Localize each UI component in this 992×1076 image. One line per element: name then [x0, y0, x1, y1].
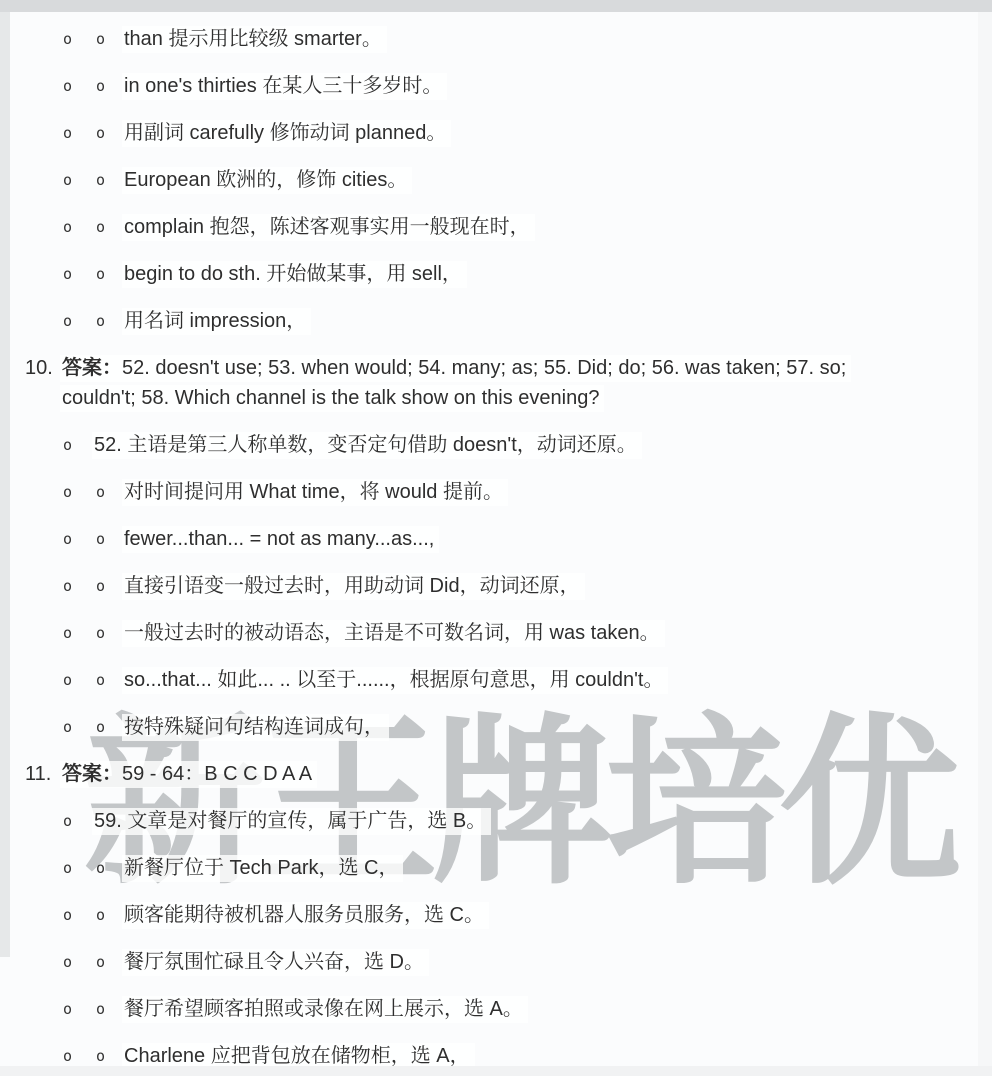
- item-text: 餐厅希望顾客拍照或录像在网上展示，选 A。: [122, 996, 528, 1023]
- bullet-icon: o: [63, 950, 72, 974]
- item-text: 52. 主语是第三人称单数，变否定句借助 doesn't，动词还原。: [92, 432, 642, 459]
- explanation-list-item: oobegin to do sth. 开始做某事，用 sell，: [63, 259, 992, 289]
- answer-label: 答案：: [62, 357, 122, 379]
- bullet-icon: o: [63, 215, 72, 239]
- bullet-icon: o: [96, 856, 105, 880]
- item-number: 11.: [25, 759, 51, 789]
- item-text: 对时间提问用 What time，将 would 提前。: [122, 479, 508, 506]
- item-text: begin to do sth. 开始做某事，用 sell，: [122, 261, 467, 288]
- bullet-icon: o: [63, 480, 72, 504]
- bullet-icon: o: [63, 433, 72, 457]
- bullet-icon: o: [96, 997, 105, 1021]
- explanation-list-item: oo用副词 carefully 修饰动词 planned。: [63, 118, 992, 148]
- bullet-icon: o: [63, 668, 72, 692]
- item-text: 直接引语变一般过去时，用助动词 Did，动词还原，: [122, 573, 585, 600]
- bullet-icon: o: [63, 574, 72, 598]
- explanation-list-item: oofewer...than... = not as many...as...,: [63, 524, 992, 554]
- page-edge-right: [978, 12, 992, 1066]
- bullet-icon: o: [63, 715, 72, 739]
- bullet-icon: o: [63, 168, 72, 192]
- explanation-list-item: oo餐厅氛围忙碌且令人兴奋，选 D。: [63, 947, 992, 977]
- page-edge-top: [0, 0, 992, 12]
- bullet-icon: o: [63, 27, 72, 51]
- page-edge-left: [0, 12, 10, 957]
- bullet-icon: o: [63, 74, 72, 98]
- bullet-icon: o: [63, 903, 72, 927]
- answer-text: 59 - 64：B C C D A A: [122, 763, 312, 785]
- item-text: 用名词 impression，: [122, 308, 311, 335]
- explanation-list-item: ooEuropean 欧洲的，修饰 cities。: [63, 165, 992, 195]
- bullet-icon: o: [63, 856, 72, 880]
- explanation-list-item: oo一般过去时的被动语态，主语是不可数名词，用 was taken。: [63, 618, 992, 648]
- explanation-list-item: oo用名词 impression，: [63, 306, 992, 336]
- bullet-icon: o: [96, 668, 105, 692]
- numbered-answer-item: 10.答案：52. doesn't use; 53. when would; 5…: [25, 353, 915, 413]
- bullet-icon: o: [96, 262, 105, 286]
- item-text: 一般过去时的被动语态，主语是不可数名词，用 was taken。: [122, 620, 665, 647]
- item-number: 10.: [25, 353, 53, 383]
- bullet-icon: o: [96, 903, 105, 927]
- numbered-answer-item: 11.答案：59 - 64：B C C D A A: [25, 759, 915, 789]
- item-text: 用副词 carefully 修饰动词 planned。: [122, 120, 451, 147]
- bullet-icon: o: [63, 621, 72, 645]
- bullet-icon: o: [63, 997, 72, 1021]
- bullet-icon: o: [96, 950, 105, 974]
- item-text: 餐厅氛围忙碌且令人兴奋，选 D。: [122, 949, 429, 976]
- answer-list: oothan 提示用比较级 smarter。ooin one's thirtie…: [0, 0, 992, 1071]
- item-text: 答案：59 - 64：B C C D A A: [60, 761, 317, 788]
- bullet-icon: o: [96, 621, 105, 645]
- item-text: 答案：52. doesn't use; 53. when would; 54. …: [60, 355, 851, 412]
- item-text: 新餐厅位于 Tech Park，选 C，: [122, 855, 403, 882]
- explanation-list-item: oo按特殊疑问句结构连词成句，: [63, 712, 992, 742]
- item-text: European 欧洲的，修饰 cities。: [122, 167, 412, 194]
- bullet-icon: o: [63, 809, 72, 833]
- explanation-list-item: oo新餐厅位于 Tech Park，选 C，: [63, 853, 992, 883]
- explanation-list-item: ooso...that... 如此... .. 以至于......，根据原句意思…: [63, 665, 992, 695]
- bullet-icon: o: [96, 74, 105, 98]
- bullet-icon: o: [96, 215, 105, 239]
- bullet-icon: o: [96, 309, 105, 333]
- explanation-list-item: oothan 提示用比较级 smarter。: [63, 24, 992, 54]
- bullet-icon: o: [96, 121, 105, 145]
- bullet-icon: o: [63, 527, 72, 551]
- bullet-icon: o: [96, 480, 105, 504]
- bullet-icon: o: [63, 121, 72, 145]
- item-text: 顾客能期待被机器人服务员服务，选 C。: [122, 902, 489, 929]
- explanation-list-item: oo餐厅希望顾客拍照或录像在网上展示，选 A。: [63, 994, 992, 1024]
- explanation-list-item: ooin one's thirties 在某人三十多岁时。: [63, 71, 992, 101]
- answer-label: 答案：: [62, 763, 122, 785]
- explanation-list-item: oo顾客能期待被机器人服务员服务，选 C。: [63, 900, 992, 930]
- bullet-icon: o: [63, 262, 72, 286]
- bullet-icon: o: [63, 309, 72, 333]
- explanation-list-item: o52. 主语是第三人称单数，变否定句借助 doesn't，动词还原。: [63, 430, 992, 460]
- document-page: 新王牌培优 oothan 提示用比较级 smarter。ooin one's t…: [0, 0, 992, 1076]
- bullet-icon: o: [63, 1044, 72, 1068]
- item-text: 59. 文章是对餐厅的宣传，属于广告，选 B。: [92, 808, 491, 835]
- item-text: than 提示用比较级 smarter。: [122, 26, 387, 53]
- explanation-list-item: oocomplain 抱怨，陈述客观事实用一般现在时，: [63, 212, 992, 242]
- page-edge-bottom: [0, 1066, 992, 1076]
- explanation-list-item: oo对时间提问用 What time，将 would 提前。: [63, 477, 992, 507]
- item-text: fewer...than... = not as many...as...,: [122, 526, 439, 553]
- item-text: complain 抱怨，陈述客观事实用一般现在时，: [122, 214, 535, 241]
- explanation-list-item: o59. 文章是对餐厅的宣传，属于广告，选 B。: [63, 806, 992, 836]
- bullet-icon: o: [96, 574, 105, 598]
- item-text: so...that... 如此... .. 以至于......，根据原句意思，用…: [122, 667, 668, 694]
- bullet-icon: o: [96, 715, 105, 739]
- explanation-list-item: oo直接引语变一般过去时，用助动词 Did，动词还原，: [63, 571, 992, 601]
- item-text: 按特殊疑问句结构连词成句，: [122, 714, 389, 741]
- bullet-icon: o: [96, 27, 105, 51]
- answer-text: 52. doesn't use; 53. when would; 54. man…: [62, 357, 846, 409]
- bullet-icon: o: [96, 527, 105, 551]
- item-text: in one's thirties 在某人三十多岁时。: [122, 73, 447, 100]
- bullet-icon: o: [96, 168, 105, 192]
- bullet-icon: o: [96, 1044, 105, 1068]
